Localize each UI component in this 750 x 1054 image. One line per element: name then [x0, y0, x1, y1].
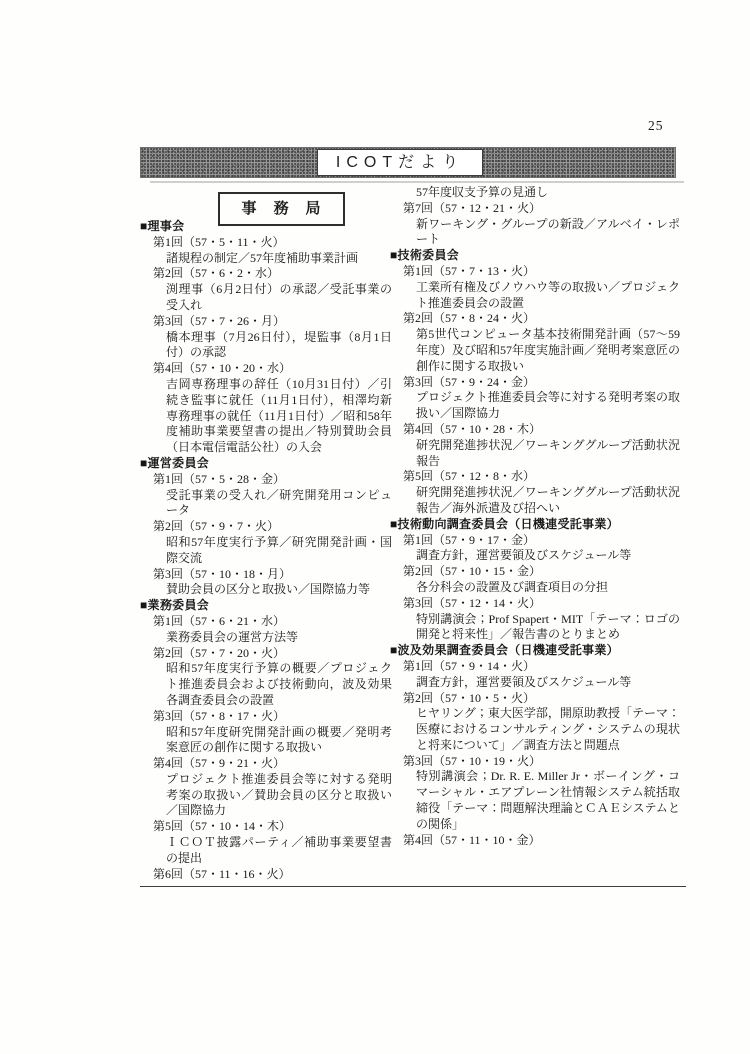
meeting-number-line: 第7回（57・12・21・火）	[403, 201, 680, 217]
meeting-number-line: 第3回（57・10・18・月）	[153, 567, 392, 583]
meeting-number-line: 第2回（57・10・5・火）	[403, 691, 680, 707]
meeting-topics-line: 調査方針，運営要領及びスケジュール等	[416, 675, 680, 691]
meeting-topics-line: 諸規程の制定／57年度補助事業計画	[166, 251, 392, 267]
meeting-number-line: 第4回（57・9・21・火）	[153, 756, 392, 772]
meeting-topics-line: 橋本理事（7月26日付），堤監事（8月1日付）の承認	[166, 330, 392, 362]
committee-heading: ■技術委員会	[390, 248, 680, 264]
meeting-number-line: 第5回（57・12・8・水）	[403, 469, 680, 485]
meeting-number-line: 第5回（57・10・14・木）	[153, 819, 392, 835]
banner-shadow-line	[150, 181, 684, 183]
meeting-number-line: 第4回（57・10・28・木）	[403, 422, 680, 438]
meeting-topics-line: 特別講演会；Dr. R. E. Miller Jr・ボーイング・コマーシャル・エ…	[416, 769, 680, 832]
meeting-topics-line: 研究開発進捗状況／ワーキンググループ活動状況報告	[416, 438, 680, 470]
meeting-number-line: 第3回（57・8・17・火）	[153, 709, 392, 725]
meeting-topics-line: 新ワーキング・グループの新設／アルベイ・レポート	[416, 217, 680, 249]
meeting-number-line: 第4回（57・10・20・水）	[153, 361, 392, 377]
footer-rule	[140, 886, 686, 887]
meeting-number-line: 第3回（57・10・19・火）	[403, 754, 680, 770]
meeting-topics-line: 受託事業の受入れ／研究開発用コンピュータ	[166, 488, 392, 520]
meeting-number-line: 第2回（57・6・2・水）	[153, 266, 392, 282]
meeting-topics-line: 吉岡専務理事の辞任（10月31日付）／引続き監事に就任（11月1日付），相澤均新…	[166, 377, 392, 456]
meeting-number-line: 第3回（57・12・14・火）	[403, 596, 680, 612]
left-column: ■理事会第1回（57・5・11・火）諸規程の制定／57年度補助事業計画第2回（5…	[140, 219, 392, 882]
meeting-topics-line: 57年度収支予算の見通し	[416, 185, 680, 201]
meeting-topics-line: 工業所有権及びノウハウ等の取扱い／プロジェクト推進委員会の設置	[416, 280, 680, 312]
meeting-topics-line: 特別講演会；Prof Spapert・MIT「テーマ：ロゴの開発と将来性」／報告…	[416, 612, 680, 644]
meeting-topics-line: 昭和57年度研究開発計画の概要／発明考案意匠の創作に関する取扱い	[166, 725, 392, 757]
meeting-topics-line: 業務委員会の運営方法等	[166, 630, 392, 646]
meeting-topics-line: 調査方針，運営要領及びスケジュール等	[416, 548, 680, 564]
meeting-topics-line: 昭和57年度実行予算の概要／プロジェクト推進委員会および技術動向，波及効果各調査…	[166, 661, 392, 708]
meeting-topics-line: ＩＣＯＴ披露パーティ／補助事業要望書の提出	[166, 835, 392, 867]
meeting-topics-line: 第5世代コンピュータ基本技術開発計画（57～59年度）及び昭和57年度実施計画／…	[416, 327, 680, 374]
meeting-number-line: 第1回（57・7・13・火）	[403, 264, 680, 280]
page-title: ICOTだより	[317, 149, 483, 176]
meeting-topics-line: 各分科会の設置及び調査項目の分担	[416, 580, 680, 596]
meeting-number-line: 第1回（57・5・28・金）	[153, 472, 392, 488]
meeting-number-line: 第2回（57・10・15・金）	[403, 564, 680, 580]
meeting-number-line: 第1回（57・9・14・火）	[403, 659, 680, 675]
meeting-number-line: 第3回（57・7・26・月）	[153, 314, 392, 330]
meeting-number-line: 第4回（57・11・10・金）	[403, 833, 680, 849]
meeting-number-line: 第3回（57・9・24・金）	[403, 375, 680, 391]
committee-heading: ■波及効果調査委員会（日機連受託事業）	[390, 643, 680, 659]
committee-heading: ■技術動向調査委員会（日機連受託事業）	[390, 517, 680, 533]
meeting-number-line: 第6回（57・11・16・火）	[153, 867, 392, 883]
meeting-topics-line: ヒヤリング；東大医学部，開原助教授「テーマ：医療におけるコンサルティング・システ…	[416, 706, 680, 753]
committee-heading: ■理事会	[140, 219, 392, 235]
meeting-topics-line: プロジェクト推進委員会等に対する発明考案の取扱い／賛助会員の区分と取扱い／国際協…	[166, 772, 392, 819]
meeting-topics-line: 研究開発進捗状況／ワーキンググループ活動状況報告／海外派遣及び招へい	[416, 485, 680, 517]
header-banner: ICOTだより	[140, 147, 676, 178]
page-number: 25	[648, 118, 664, 134]
right-column: 57年度収支予算の見通し第7回（57・12・21・火）新ワーキング・グループの新…	[390, 185, 680, 848]
meeting-topics-line: 賛助会員の区分と取扱い／国際協力等	[166, 582, 392, 598]
meeting-number-line: 第2回（57・7・20・火）	[153, 646, 392, 662]
meeting-number-line: 第2回（57・8・24・火）	[403, 311, 680, 327]
meeting-number-line: 第2回（57・9・7・火）	[153, 519, 392, 535]
committee-heading: ■運営委員会	[140, 456, 392, 472]
scanned-newsletter-page: 25 ICOTだより 事 務 局 ■理事会第1回（57・5・11・火）諸規程の制…	[0, 0, 750, 1054]
meeting-number-line: 第1回（57・5・11・火）	[153, 235, 392, 251]
meeting-number-line: 第1回（57・9・17・金）	[403, 533, 680, 549]
meeting-number-line: 第1回（57・6・21・水）	[153, 614, 392, 630]
meeting-topics-line: 昭和57年度実行予算／研究開発計画・国際交流	[166, 535, 392, 567]
meeting-topics-line: 渕理事（6月2日付）の承認／受託事業の受入れ	[166, 282, 392, 314]
committee-heading: ■業務委員会	[140, 598, 392, 614]
meeting-topics-line: プロジェクト推進委員会等に対する発明考案の取扱い／国際協力	[416, 390, 680, 422]
